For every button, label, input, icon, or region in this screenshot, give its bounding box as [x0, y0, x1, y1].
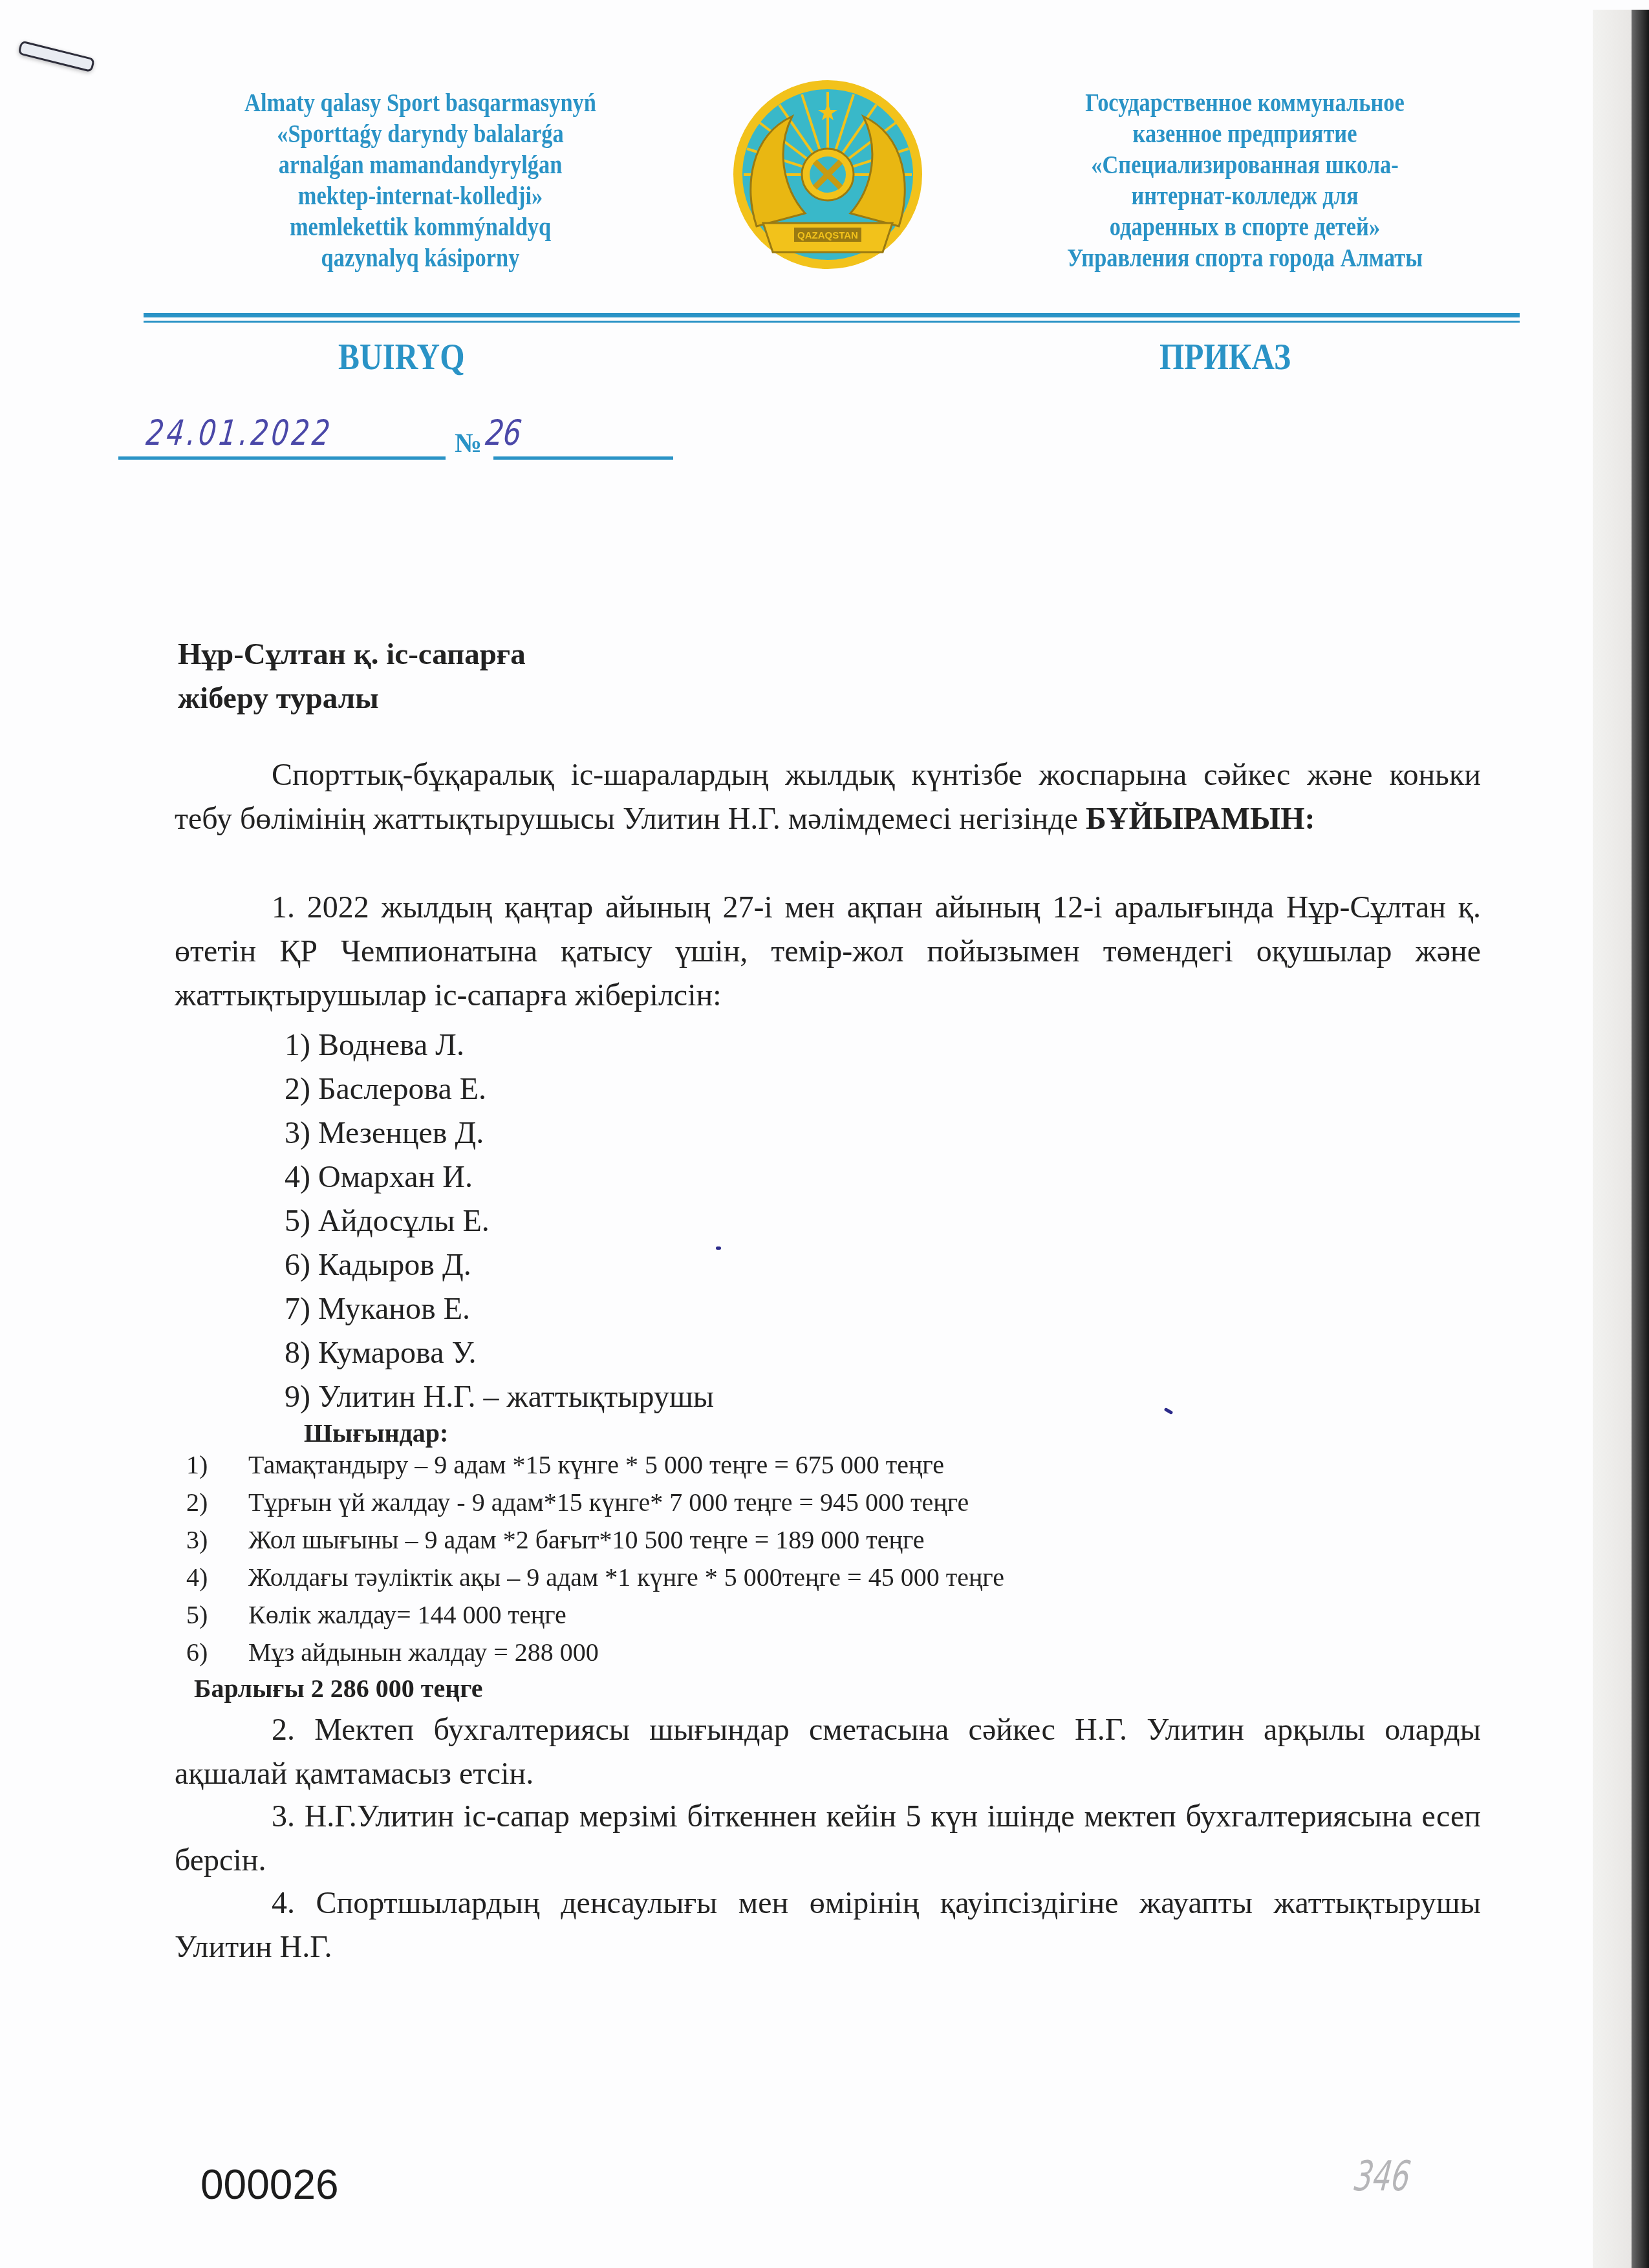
list-item: 3) Мезенцев Д. — [285, 1111, 714, 1155]
expense-index: 5) — [186, 1596, 248, 1634]
list-item: 8) Кумарова У. — [285, 1331, 714, 1375]
clause-2: 2. Мектеп бухгалтериясы шығындар сметасы… — [175, 1708, 1481, 1796]
expense-index: 1) — [186, 1446, 248, 1484]
subject-line: жіберу туралы — [178, 676, 526, 720]
header-left-line: Almaty qalasy Sport basqarmasynyń — [187, 87, 654, 118]
doc-title-kazakh: BUIRYQ — [338, 336, 465, 378]
header-left-line: «Sporttaǵy daryndy balalarǵa — [187, 118, 654, 149]
order-date-handwritten: 24.01.2022 — [144, 412, 335, 453]
document-serial-number: 000026 — [200, 2161, 339, 2209]
header-right-org-name: Государственное коммунальное казенное пр… — [1003, 87, 1487, 273]
header-right-line: интернат-колледж для — [1003, 180, 1487, 211]
number-underline — [493, 456, 673, 460]
participant-list: 1) Воднева Л. 2) Баслерова Е. 3) Мезенце… — [285, 1023, 714, 1419]
date-underline — [118, 456, 446, 460]
header-right-line: казенное предприятие — [1003, 118, 1487, 149]
header-right-line: одаренных в спорте детей» — [1003, 211, 1487, 242]
expense-text: Тұрғын үй жалдау - 9 адам*15 күнге* 7 00… — [248, 1484, 969, 1521]
intro-paragraph: Спорттық-бұқаралық іс-шаралардың жылдық … — [175, 753, 1481, 841]
header-left-org-name: Almaty qalasy Sport basqarmasynyń «Sport… — [187, 87, 654, 273]
expense-text: Жол шығыны – 9 адам *2 бағыт*10 500 теңг… — [248, 1521, 925, 1559]
list-item: 7) Муканов Е. — [285, 1287, 714, 1331]
ink-speck — [1164, 1407, 1174, 1415]
header-right-line: Государственное коммунальное — [1003, 87, 1487, 118]
clause-2-text: 2. Мектеп бухгалтериясы шығындар сметасы… — [175, 1713, 1481, 1791]
kazakhstan-emblem-icon: QAZAQSTAN — [731, 78, 925, 272]
expenses-heading: Шығындар: — [304, 1418, 448, 1448]
expense-text: Жолдағы тәуліктік ақы – 9 адам *1 күнге … — [248, 1559, 1004, 1596]
doc-title-russian: ПРИКАЗ — [1159, 336, 1291, 378]
order-number-handwritten: 26 — [484, 412, 524, 453]
list-item: 2) Баслерова Е. — [285, 1067, 714, 1111]
page-edge-shadow — [1593, 10, 1632, 2268]
list-item: 4) Омархан И. — [285, 1155, 714, 1199]
expense-row: 1)Тамақтандыру – 9 адам *15 күнге * 5 00… — [186, 1446, 1004, 1484]
header-left-line: arnalǵan mamandandyrylǵan — [187, 149, 654, 180]
expenses-total: Барлығы 2 286 000 теңге — [194, 1673, 483, 1704]
clause-3-text: 3. Н.Г.Улитин іс-сапар мерзімі біткеннен… — [175, 1799, 1481, 1878]
clause-1: 1. 2022 жылдың қаңтар айының 27-і мен ақ… — [175, 886, 1481, 1018]
list-item: 6) Кадыров Д. — [285, 1243, 714, 1287]
list-item: 5) Айдосұлы Е. — [285, 1199, 714, 1243]
expense-row: 2)Тұрғын үй жалдау - 9 адам*15 күнге* 7 … — [186, 1484, 1004, 1521]
expense-text: Мұз айдынын жалдау = 288 000 — [248, 1634, 599, 1671]
expense-row: 3)Жол шығыны – 9 адам *2 бағыт*10 500 те… — [186, 1521, 1004, 1559]
scanner-border — [1632, 10, 1649, 2268]
staple-mark — [17, 40, 95, 72]
order-keyword: БҰЙЫРАМЫН: — [1086, 802, 1315, 836]
clause-3: 3. Н.Г.Улитин іс-сапар мерзімі біткеннен… — [175, 1795, 1481, 1883]
expense-row: 6)Мұз айдынын жалдау = 288 000 — [186, 1634, 1004, 1671]
header-left-line: mektep-internat-kolledji» — [187, 180, 654, 211]
list-item: 9) Улитин Н.Г. – жаттықтырушы — [285, 1375, 714, 1419]
ink-speck — [716, 1246, 721, 1250]
clause-4-text: 4. Спортшылардың денсаулығы мен өмірінің… — [175, 1886, 1481, 1964]
expense-index: 3) — [186, 1521, 248, 1559]
header-right-line: «Специализированная школа- — [1003, 149, 1487, 180]
expense-row: 5)Көлік жалдау= 144 000 теңге — [186, 1596, 1004, 1634]
header-left-line: memlekettik kommýnaldyq — [187, 211, 654, 242]
expense-text: Тамақтандыру – 9 адам *15 күнге * 5 000 … — [248, 1446, 944, 1484]
expense-row: 4)Жолдағы тәуліктік ақы – 9 адам *1 күнг… — [186, 1559, 1004, 1596]
expenses-list: 1)Тамақтандыру – 9 адам *15 күнге * 5 00… — [186, 1446, 1004, 1671]
page-number-handwritten: 346 — [1352, 2153, 1414, 2201]
list-item: 1) Воднева Л. — [285, 1023, 714, 1067]
header-right-line: Управления спорта города Алматы — [1003, 242, 1487, 273]
subject-line: Нұр-Сұлтан қ. іс-сапарға — [178, 632, 526, 676]
expense-index: 4) — [186, 1559, 248, 1596]
number-sign: № — [455, 428, 482, 459]
expense-index: 6) — [186, 1634, 248, 1671]
clause-4: 4. Спортшылардың денсаулығы мен өмірінің… — [175, 1881, 1481, 1969]
header-left-line: qazynalyq kásiporny — [187, 242, 654, 273]
expense-index: 2) — [186, 1484, 248, 1521]
emblem-caption: QAZAQSTAN — [797, 230, 858, 241]
expense-text: Көлік жалдау= 144 000 теңге — [248, 1596, 566, 1634]
header-divider-thick — [144, 313, 1520, 317]
order-subject: Нұр-Сұлтан қ. іс-сапарға жіберу туралы — [178, 632, 526, 720]
clause-1-text: 1. 2022 жылдың қаңтар айының 27-і мен ақ… — [175, 890, 1481, 1012]
header-divider-thin — [144, 321, 1520, 323]
